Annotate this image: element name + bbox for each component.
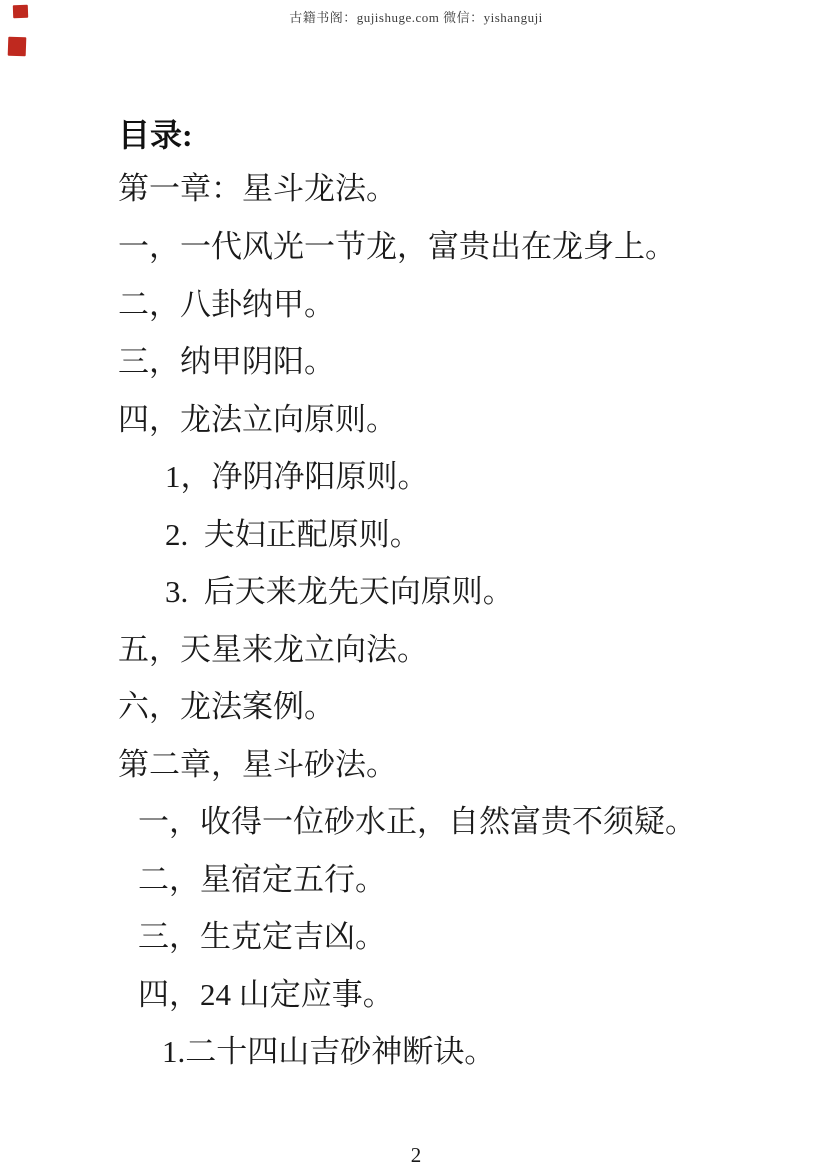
seal-stamp-icon [8,37,27,57]
toc-line: 四，24 山定应事。 [138,979,394,1010]
toc-line: 一，收得一位砂水正，自然富贵不须疑。 [138,806,696,837]
toc-line: 四，龙法立向原则。 [118,404,397,435]
toc-line: 三，生克定吉凶。 [138,921,386,952]
toc-line: 二，星宿定五行。 [138,864,386,895]
page-number: 2 [0,1145,832,1166]
toc-line-chapter2: 第二章，星斗砂法。 [118,749,397,780]
toc-line: 一，一代风光一节龙，富贵出在龙身上。 [118,231,676,262]
toc-subline: 1.二十四山吉砂神断诀。 [162,1036,495,1067]
document-page: 古籍书阁：gujishuge.com 微信：yishanguji 目录: 第一章… [0,0,832,1169]
toc-title: 目录: [118,119,193,151]
toc-line: 五，天星来龙立向法。 [118,634,428,665]
toc-line: 六，龙法案例。 [118,691,335,722]
watermark-text: 古籍书阁：gujishuge.com 微信：yishanguji [0,7,832,26]
toc-line: 三，纳甲阴阳。 [118,346,335,377]
seal-stamp-icon [13,5,28,19]
toc-line: 二，八卦纳甲。 [118,289,335,320]
toc-line-chapter1: 第一章：星斗龙法。 [118,173,397,204]
toc-subline: 2. 夫妇正配原则。 [165,519,421,550]
toc-subline: 1，净阴净阳原则。 [165,461,429,492]
toc-subline: 3. 后天来龙先天向原则。 [165,576,514,607]
